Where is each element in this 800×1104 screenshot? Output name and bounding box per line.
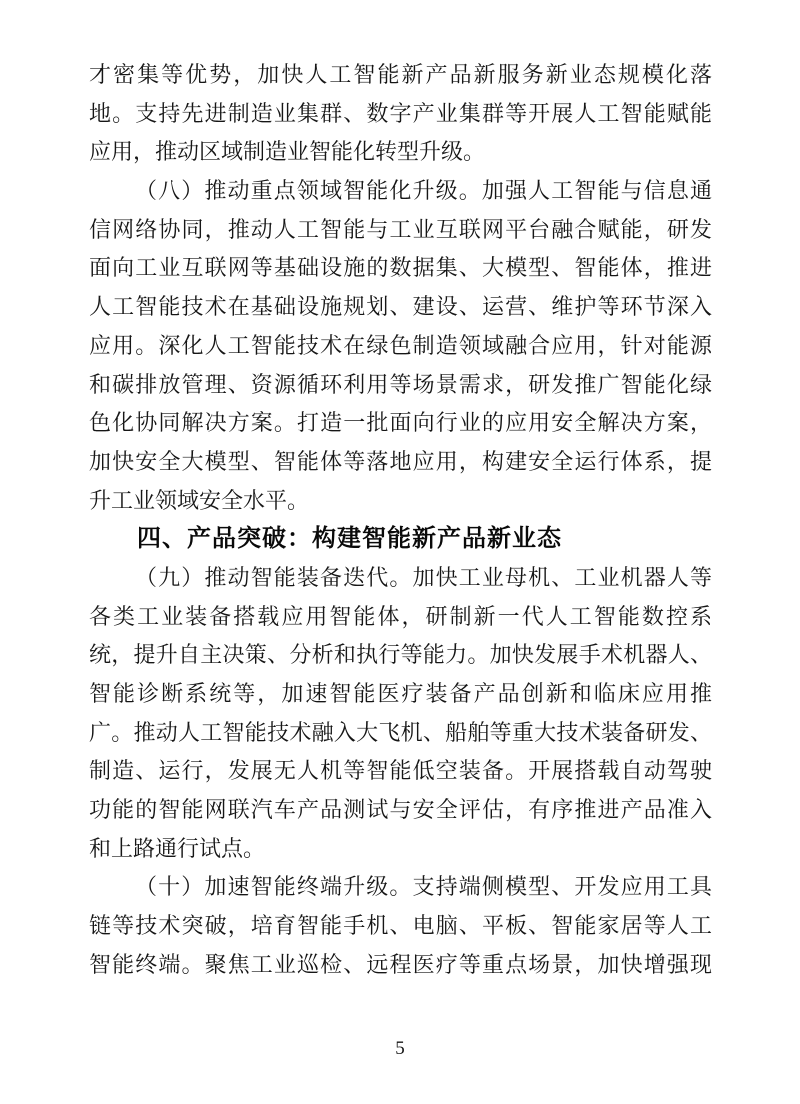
text-line: （八）推动重点领域智能化升级。加强人工智能与信息通 — [89, 172, 712, 211]
text-line: 智能终端。聚焦工业巡检、远程医疗等重点场景，加快增强现 — [89, 946, 712, 985]
text-line: 才密集等优势，加快人工智能新产品新服务新业态规模化落 — [89, 56, 712, 95]
text-line: 应用。深化人工智能技术在绿色制造领域融合应用，针对能源 — [89, 327, 712, 366]
text-line: 升工业领域安全水平。 — [89, 482, 712, 521]
text-line: 统，提升自主决策、分析和执行等能力。加快发展手术机器人、 — [89, 636, 712, 675]
text-line: （九）推动智能装备迭代。加快工业母机、工业机器人等 — [89, 559, 712, 598]
text-line: 各类工业装备搭载应用智能体，研制新一代人工智能数控系 — [89, 598, 712, 637]
text-line: 和上路通行试点。 — [89, 830, 712, 869]
document-page: 才密集等优势，加快人工智能新产品新服务新业态规模化落地。支持先进制造业集群、数字… — [0, 0, 800, 1104]
document-text: 才密集等优势，加快人工智能新产品新服务新业态规模化落地。支持先进制造业集群、数字… — [89, 56, 712, 985]
text-line: 制造、运行，发展无人机等智能低空装备。开展搭载自动驾驶 — [89, 752, 712, 791]
text-line: 加快安全大模型、智能体等落地应用，构建安全运行体系，提 — [89, 443, 712, 482]
section-heading: 四、产品突破：构建智能新产品新业态 — [89, 520, 712, 559]
text-line: 地。支持先进制造业集群、数字产业集群等开展人工智能赋能 — [89, 95, 712, 134]
text-line: 应用，推动区域制造业智能化转型升级。 — [89, 133, 712, 172]
text-line: 信网络协同，推动人工智能与工业互联网平台融合赋能，研发 — [89, 211, 712, 250]
page-number: 5 — [0, 1038, 800, 1060]
text-line: 和碳排放管理、资源循环利用等场景需求，研发推广智能化绿 — [89, 366, 712, 405]
text-line: 功能的智能网联汽车产品测试与安全评估，有序推进产品准入 — [89, 791, 712, 830]
text-line: 色化协同解决方案。打造一批面向行业的应用安全解决方案， — [89, 404, 712, 443]
text-line: 智能诊断系统等，加速智能医疗装备产品创新和临床应用推 — [89, 675, 712, 714]
text-line: （十）加速智能终端升级。支持端侧模型、开发应用工具 — [89, 868, 712, 907]
text-line: 人工智能技术在基础设施规划、建设、运营、维护等环节深入 — [89, 288, 712, 327]
text-line: 链等技术突破，培育智能手机、电脑、平板、智能家居等人工 — [89, 907, 712, 946]
text-line: 广。推动人工智能技术融入大飞机、船舶等重大技术装备研发、 — [89, 714, 712, 753]
text-line: 面向工业互联网等基础设施的数据集、大模型、智能体，推进 — [89, 249, 712, 288]
